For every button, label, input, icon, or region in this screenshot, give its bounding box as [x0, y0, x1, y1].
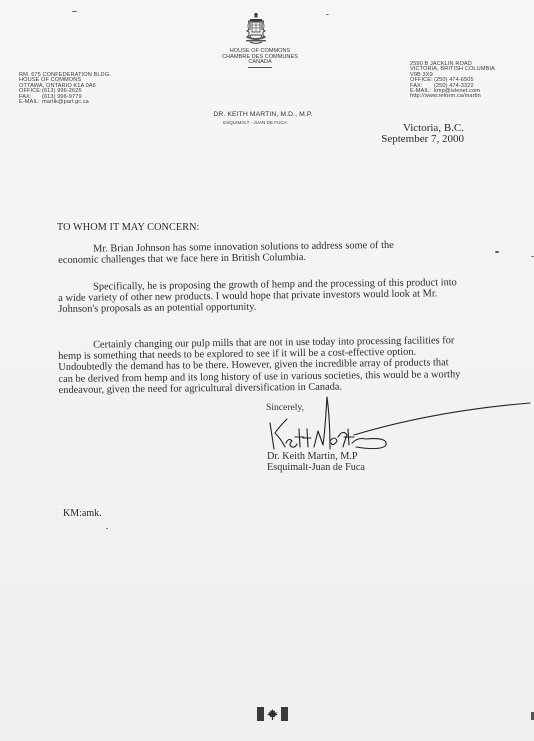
signer-block: Dr. Keith Martin, M.P Esquimalt-Juan de …	[267, 451, 365, 473]
body-paragraph-2: Specifically, he is proposing the growth…	[58, 277, 458, 315]
letter-page: RM. 675 CONFEDERATION BLDG.HOUSE OF COMM…	[0, 0, 534, 741]
constituency-address-block: 2590 B JACKLIN ROADVICTORIA, BRITISH COL…	[410, 62, 520, 100]
canada-wordmark-flag-icon	[257, 707, 288, 721]
reference-initials: KM:amk.	[63, 508, 102, 519]
scan-speck	[106, 528, 108, 529]
body-paragraph-1: Mr. Brian Johnson has some innovation so…	[58, 239, 433, 266]
body-paragraph-3: Certainly changing our pulp mills that a…	[58, 335, 463, 396]
ottawa-address-block: RM. 675 CONFEDERATION BLDG.HOUSE OF COMM…	[19, 73, 119, 105]
mp-riding-heading: ESQUIMALT - JUAN DE FUCA	[205, 120, 305, 125]
country-name: CANADA	[248, 60, 271, 68]
date-block: Victoria, B.C. September 7, 2000	[370, 123, 464, 145]
address-value: martik@parl.gc.ca	[42, 100, 89, 105]
mp-name-heading: DR. KEITH MARTIN, M.D., M.P.	[203, 111, 323, 118]
coat-of-arms-icon	[241, 12, 271, 46]
address-line: http://www.reform.ca/martin	[410, 94, 520, 99]
institution-block: HOUSE OF COMMONS CHAMBRE DES COMMUNES CA…	[200, 49, 320, 68]
signer-riding: Esquimalt-Juan de Fuca	[267, 462, 365, 473]
scan-speck	[495, 251, 499, 253]
signer-name: Dr. Keith Martin, M.P	[267, 451, 365, 462]
address-line: E-MAIL:martik@parl.gc.ca	[19, 100, 119, 105]
address-label: E-MAIL:	[19, 100, 42, 105]
letter-date: September 7, 2000	[370, 134, 464, 145]
handwritten-signature-icon	[262, 393, 532, 453]
address-value: http://www.reform.ca/martin	[410, 94, 481, 99]
scan-speck	[326, 14, 329, 15]
salutation: TO WHOM IT MAY CONCERN:	[57, 222, 200, 233]
scan-speck	[72, 11, 77, 12]
